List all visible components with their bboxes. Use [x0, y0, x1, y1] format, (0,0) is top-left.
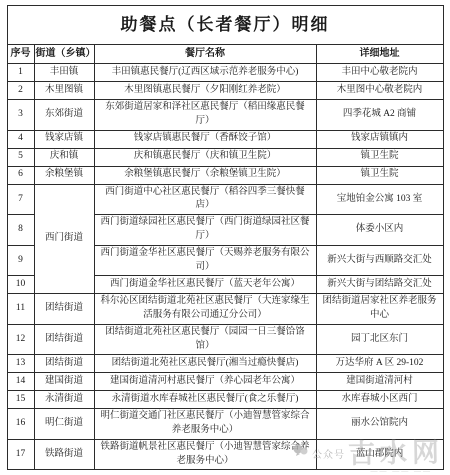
street-cell: 永清街道: [34, 391, 94, 409]
restaurant-name-cell: 钱家店镇惠民餐厅（香酥饺子馆）: [94, 130, 316, 148]
address-cell: 新兴大街与西顺路交汇处: [316, 245, 443, 276]
row-number-cell: 7: [7, 184, 34, 215]
street-cell: 团结街道: [34, 324, 94, 355]
row-number-cell: 3: [7, 100, 34, 131]
restaurant-name-cell: 庆和镇惠民餐厅（庆和镇卫生院）: [94, 148, 316, 166]
row-number-cell: 4: [7, 130, 34, 148]
table-row: 16 明仁街道 明仁街道交通门社区惠民餐厅（小迪智慧管家综合养老服务中心） 丽水…: [7, 409, 443, 440]
address-cell: 丰田中心敬老院内: [316, 64, 443, 82]
street-cell: 庆和镇: [34, 148, 94, 166]
row-number-cell: 5: [7, 148, 34, 166]
address-cell: 体委小区内: [316, 215, 443, 246]
address-cell: 万达华府 A 区 29-102: [316, 355, 443, 373]
restaurant-name-cell: 西门街道中心社区惠民餐厅（稻谷四季三餐快餐店）: [94, 184, 316, 215]
row-number-cell: 13: [7, 355, 34, 373]
address-cell: 宝地铂金公寓 103 室: [316, 184, 443, 215]
table-row: 2 木里图镇 木里图镇惠民餐厅（夕阳刚红养老院） 木里图中心敬老院内: [7, 82, 443, 100]
street-cell: 铁路街道: [34, 439, 94, 470]
page-title: 助餐点（长者餐厅）明细: [7, 6, 443, 45]
table-row: 12 团结街道 团结街道北苑社区惠民餐厅（园园一日三餐饸饹馆） 园丁北区东门: [7, 324, 443, 355]
street-cell: 西门街道: [34, 184, 94, 294]
address-cell: 镇卫生院: [316, 166, 443, 184]
restaurant-name-cell: 西门街道金华社区惠民餐厅（天赐养老服务有限公司）: [94, 245, 316, 276]
street-cell: 明仁街道: [34, 409, 94, 440]
table-row: 1 丰田镇 丰田镇惠民餐厅(辽西区域示范养老服务中心) 丰田中心敬老院内: [7, 64, 443, 82]
table-row: 7 西门街道 西门街道中心社区惠民餐厅（稻谷四季三餐快餐店） 宝地铂金公寓 10…: [7, 184, 443, 215]
row-number-cell: 12: [7, 324, 34, 355]
table-row: 11 团结街道 科尔沁区团结街道北苑社区惠民餐厅（大连家缘生活服务有限公司通辽分…: [7, 294, 443, 325]
restaurant-name-cell: 东郊街道居家和泽社区惠民餐厅（稻田缘惠民餐厅）: [94, 100, 316, 131]
restaurant-name-cell: 团结街道北苑社区惠民餐厅（园园一日三餐饸饹馆）: [94, 324, 316, 355]
street-cell: 钱家店镇: [34, 130, 94, 148]
street-cell: 木里图镇: [34, 82, 94, 100]
restaurant-name-cell: 铁路街道帆景社区惠民餐厅（小迪智慧管家综合养老服务中心）: [94, 439, 316, 470]
restaurant-name-cell: 科尔沁区团结街道北苑社区惠民餐厅（大连家缘生活服务有限公司通辽分公司）: [94, 294, 316, 325]
header-street: 街道（乡镇）: [34, 44, 94, 64]
header-name: 餐厅名称: [94, 44, 316, 64]
street-cell: 余粮堡镇: [34, 166, 94, 184]
street-cell: 团结街道: [34, 294, 94, 325]
title-row: 助餐点（长者餐厅）明细: [7, 6, 443, 45]
address-cell: 蓝山郡院内: [316, 439, 443, 470]
address-cell: 钱家店镇镇内: [316, 130, 443, 148]
street-cell: 建国街道: [34, 373, 94, 391]
restaurant-name-cell: 木里图镇惠民餐厅（夕阳刚红养老院）: [94, 82, 316, 100]
restaurant-name-cell: 余粮堡镇惠民餐厅（余粮堡镇卫生院）: [94, 166, 316, 184]
row-number-cell: 14: [7, 373, 34, 391]
address-cell: 团结街道居家社区养老服务中心: [316, 294, 443, 325]
table-row: 15 永清街道 永清街道水库春城社区惠民餐厅(食之乐餐厅) 水库春城小区西门: [7, 391, 443, 409]
restaurant-name-cell: 永清街道水库春城社区惠民餐厅(食之乐餐厅): [94, 391, 316, 409]
row-number-cell: 10: [7, 276, 34, 294]
table-row: 5 庆和镇 庆和镇惠民餐厅（庆和镇卫生院） 镇卫生院: [7, 148, 443, 166]
row-number-cell: 2: [7, 82, 34, 100]
table-body: 1 丰田镇 丰田镇惠民餐厅(辽西区域示范养老服务中心) 丰田中心敬老院内 2 木…: [7, 64, 443, 470]
address-cell: 水库春城小区西门: [316, 391, 443, 409]
row-number-cell: 16: [7, 409, 34, 440]
row-number-cell: 17: [7, 439, 34, 470]
address-cell: 建国街道清河村: [316, 373, 443, 391]
address-cell: 四季花城 A2 商铺: [316, 100, 443, 131]
row-number-cell: 6: [7, 166, 34, 184]
header-row: 序号 街道（乡镇） 餐厅名称 详细地址: [7, 44, 443, 64]
address-cell: 木里图中心敬老院内: [316, 82, 443, 100]
row-number-cell: 8: [7, 215, 34, 246]
address-cell: 新兴大街与团结路交汇处: [316, 276, 443, 294]
restaurant-name-cell: 丰田镇惠民餐厅(辽西区域示范养老服务中心): [94, 64, 316, 82]
meal-points-table: 助餐点（长者餐厅）明细 序号 街道（乡镇） 餐厅名称 详细地址 1 丰田镇 丰田…: [7, 5, 444, 470]
restaurant-name-cell: 建国街道清河村惠民餐厅（养心园老年公寓）: [94, 373, 316, 391]
address-cell: 镇卫生院: [316, 148, 443, 166]
row-number-cell: 15: [7, 391, 34, 409]
row-number-cell: 1: [7, 64, 34, 82]
street-cell: 丰田镇: [34, 64, 94, 82]
address-cell: 丽水公馆院内: [316, 409, 443, 440]
row-number-cell: 9: [7, 245, 34, 276]
street-cell: 团结街道: [34, 355, 94, 373]
restaurant-name-cell: 团结街道北苑社区惠民餐厅(湘当过瘾快餐店): [94, 355, 316, 373]
address-cell: 园丁北区东门: [316, 324, 443, 355]
table-row: 6 余粮堡镇 余粮堡镇惠民餐厅（余粮堡镇卫生院） 镇卫生院: [7, 166, 443, 184]
header-address: 详细地址: [316, 44, 443, 64]
table-row: 14 建国街道 建国街道清河村惠民餐厅（养心园老年公寓） 建国街道清河村: [7, 373, 443, 391]
restaurant-name-cell: 明仁街道交通门社区惠民餐厅（小迪智慧管家综合养老服务中心）: [94, 409, 316, 440]
restaurant-name-cell: 西门街道金华社区惠民餐厅（蓝天老年公寓）: [94, 276, 316, 294]
street-cell: 东郊街道: [34, 100, 94, 131]
restaurant-name-cell: 西门街道绿园社区惠民餐厅（西门街道绿园社区餐厅）: [94, 215, 316, 246]
row-number-cell: 11: [7, 294, 34, 325]
table-row: 17 铁路街道 铁路街道帆景社区惠民餐厅（小迪智慧管家综合养老服务中心） 蓝山郡…: [7, 439, 443, 470]
watermark-artifacts: —— ―― ——: [371, 467, 433, 475]
scanned-table-page: 助餐点（长者餐厅）明细 序号 街道（乡镇） 餐厅名称 详细地址 1 丰田镇 丰田…: [0, 0, 450, 475]
table-row: 4 钱家店镇 钱家店镇惠民餐厅（香酥饺子馆） 钱家店镇镇内: [7, 130, 443, 148]
header-no: 序号: [7, 44, 34, 64]
table-row: 3 东郊街道 东郊街道居家和泽社区惠民餐厅（稻田缘惠民餐厅） 四季花城 A2 商…: [7, 100, 443, 131]
table-row: 13 团结街道 团结街道北苑社区惠民餐厅(湘当过瘾快餐店) 万达华府 A 区 2…: [7, 355, 443, 373]
